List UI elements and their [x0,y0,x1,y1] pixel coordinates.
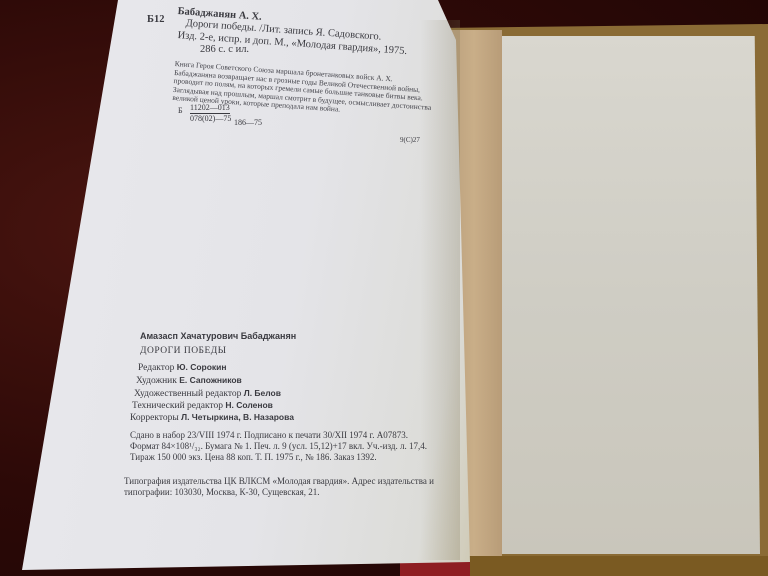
credit-editor: Редактор Ю. Сорокин [138,362,227,373]
isbn-prefix: Б [178,106,183,115]
credit-proofreaders: Корректоры Л. Четыркина, В. Назарова [130,412,294,423]
credit-art-editor: Художественный редактор Л. Белов [134,388,281,399]
cover-bottom-edge [420,556,768,576]
back-endpaper [496,36,760,554]
typography-address: Типография издательства ЦК ВЛКСМ «Молода… [124,476,434,498]
isbn-denominator: 078(02)—75 [190,114,231,123]
classification-code: 9(С)27 [400,136,420,144]
bbk-index: Б12 [147,14,164,25]
production-details: Сдано в набор 23/VIII 1974 г. Подписано … [130,430,430,463]
catalog-pages: 286 с. с ил. [200,44,249,55]
credit-tech-editor: Технический редактор Н. Соленов [132,400,273,411]
imprint-title: ДОРОГИ ПОБЕДЫ [140,346,227,356]
credit-artist: Художник Е. Сапожников [136,375,242,386]
isbn-numerator: 11202—013 [190,103,230,112]
imprint-author: Амазасп Хачатурович Бабаджанян [140,331,296,341]
isbn-tail: 186—75 [234,118,262,127]
